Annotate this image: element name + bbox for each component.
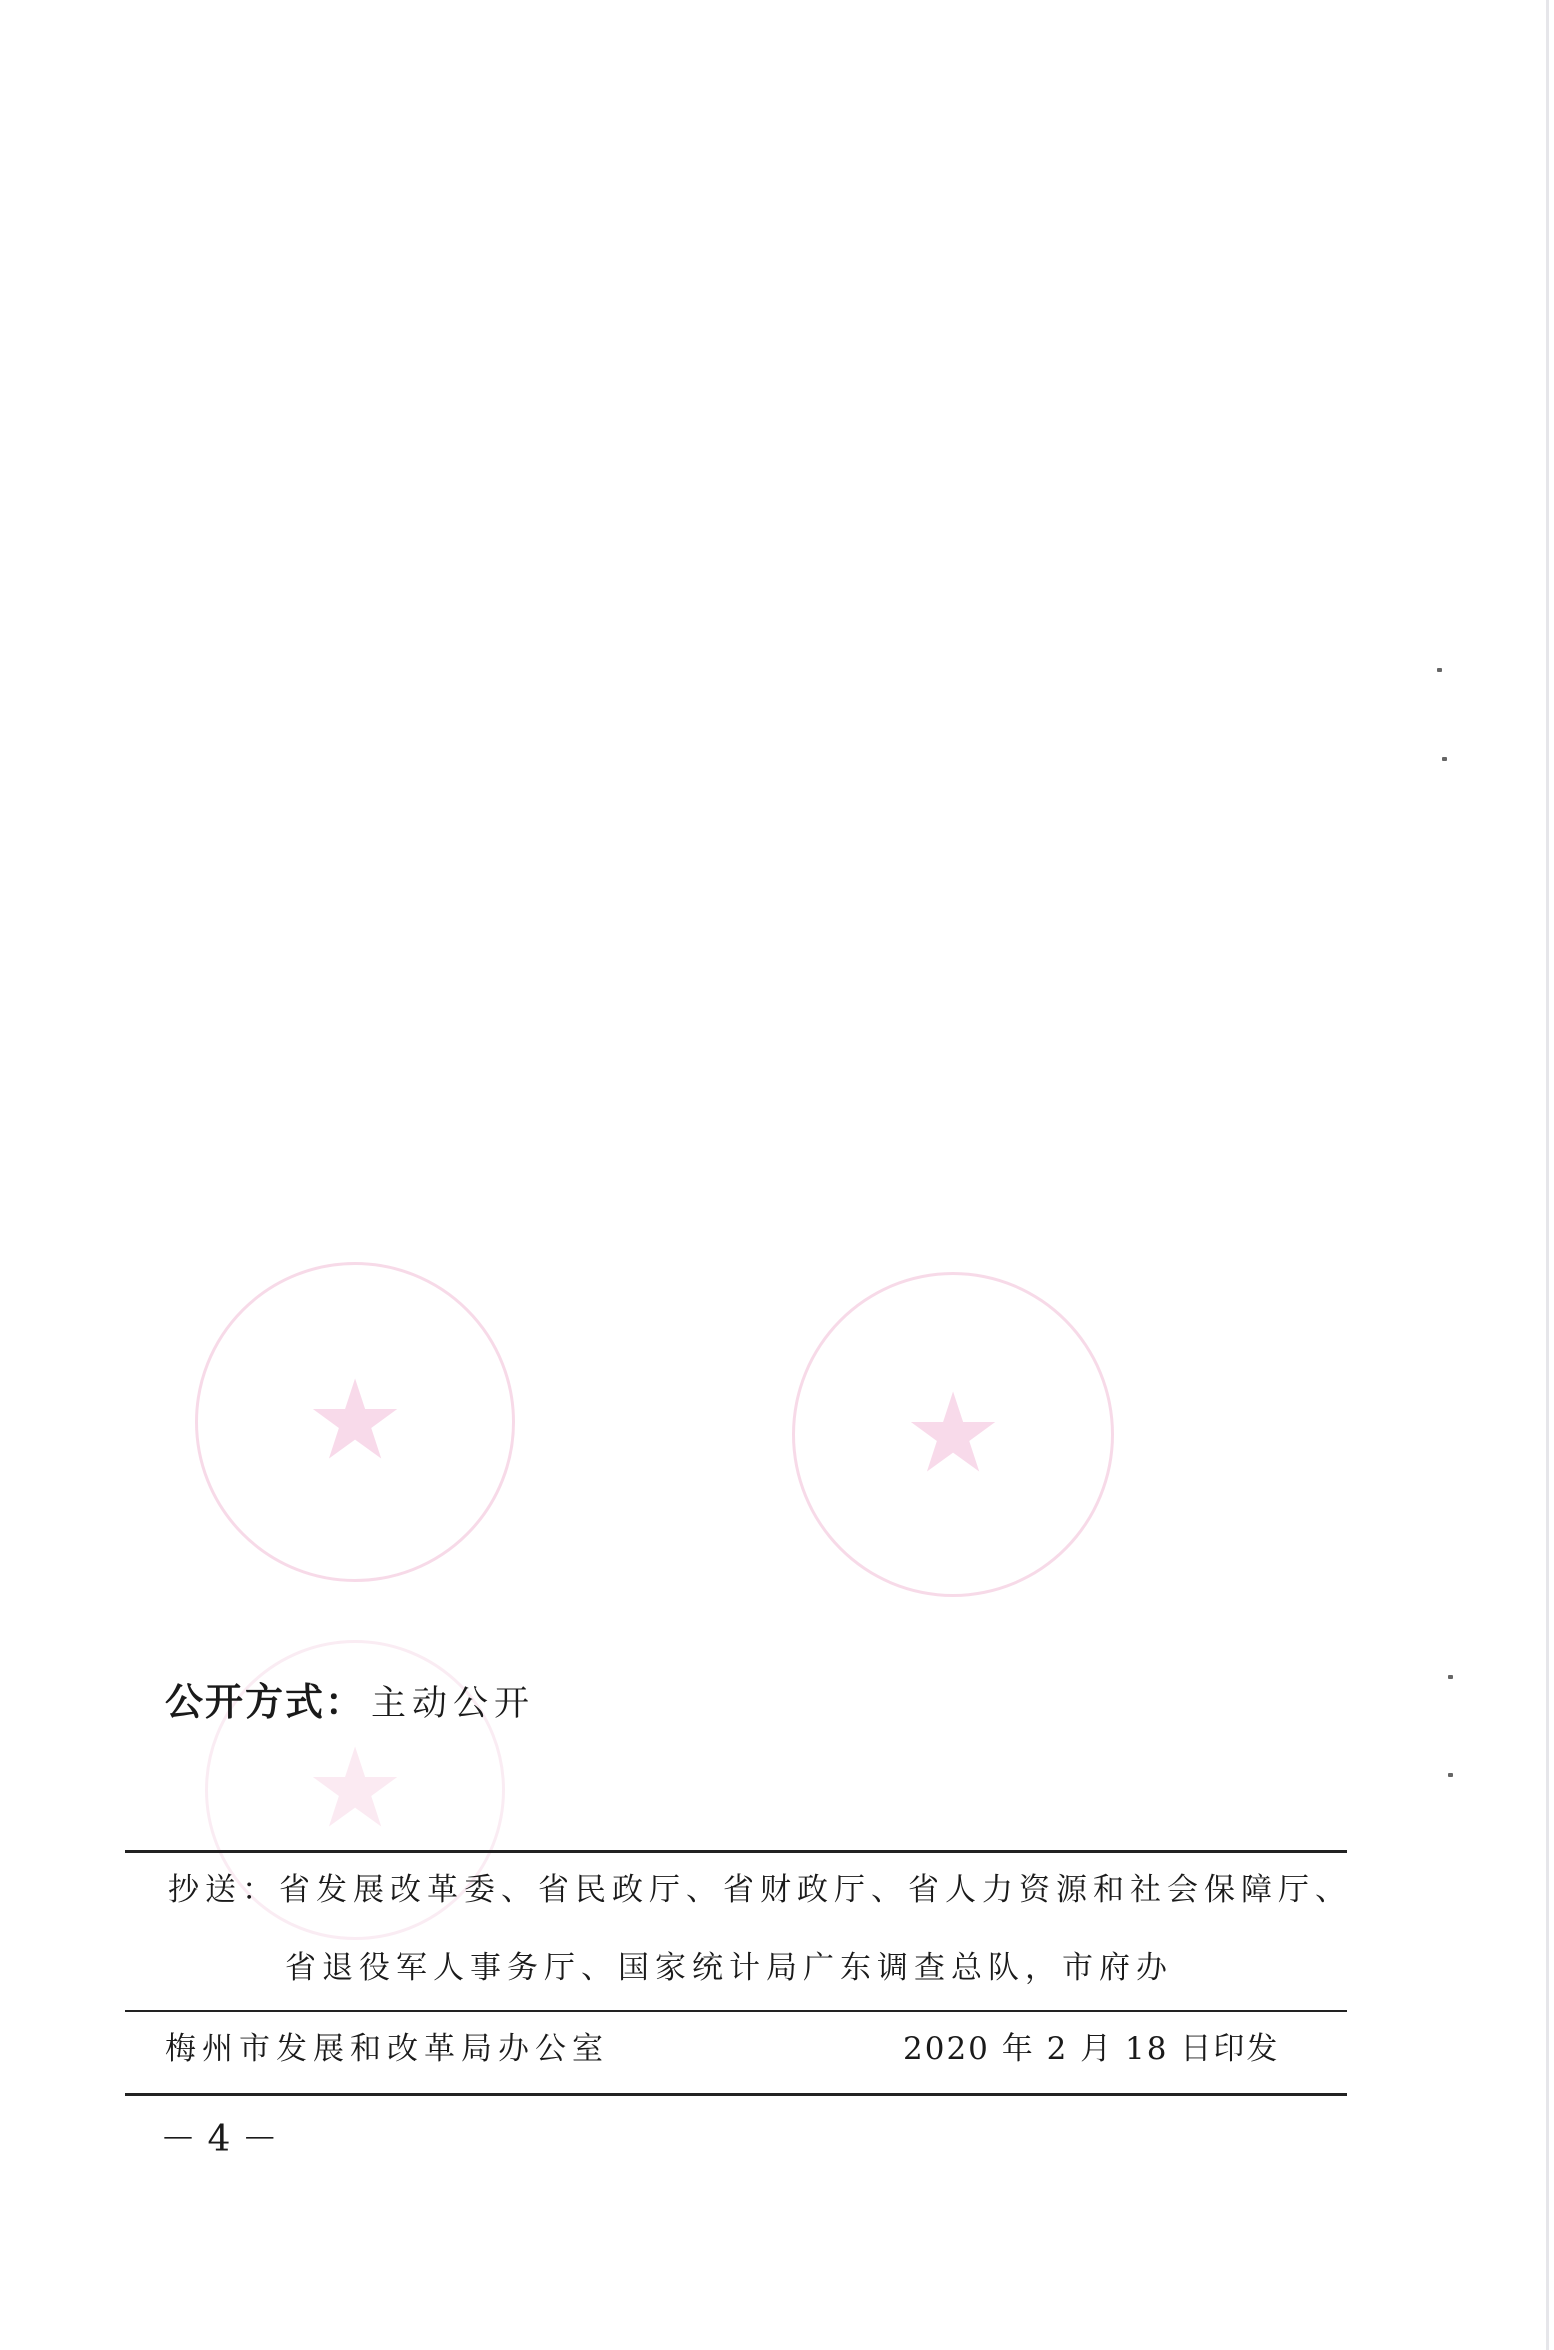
disclosure-method: 公开方式：主动公开 [165,1676,535,1730]
cc-recipients-line-1: 抄送：省发展改革委、省民政厅、省财政厅、省人力资源和社会保障厅、 [168,1868,1352,1912]
scan-speck [1442,757,1447,761]
official-seal-1: ★ [195,1262,515,1582]
issuing-office: 梅州市发展和改革局办公室 [165,2027,609,2071]
disclosure-value: 主动公开 [371,1684,535,1724]
disclosure-label: 公开方式： [165,1680,365,1724]
official-seal-2: ★ [792,1272,1114,1597]
page-number: － 4 － [160,2118,278,2162]
divider-middle [125,2010,1347,2012]
page-edge [1546,0,1549,2350]
star-icon: ★ [904,1377,1003,1487]
divider-top [125,1850,1347,1853]
cc-recipients-line-2: 省退役军人事务厅、国家统计局广东调查总队，市府办 [285,1946,1173,1990]
scan-speck [1437,668,1442,672]
star-icon: ★ [306,1733,405,1843]
scan-speck [1448,1675,1453,1679]
star-icon: ★ [306,1365,405,1475]
scan-speck [1448,1773,1453,1777]
divider-bottom [125,2093,1347,2096]
issue-date: 2020 年 2 月 18 日印发 [903,2027,1279,2071]
